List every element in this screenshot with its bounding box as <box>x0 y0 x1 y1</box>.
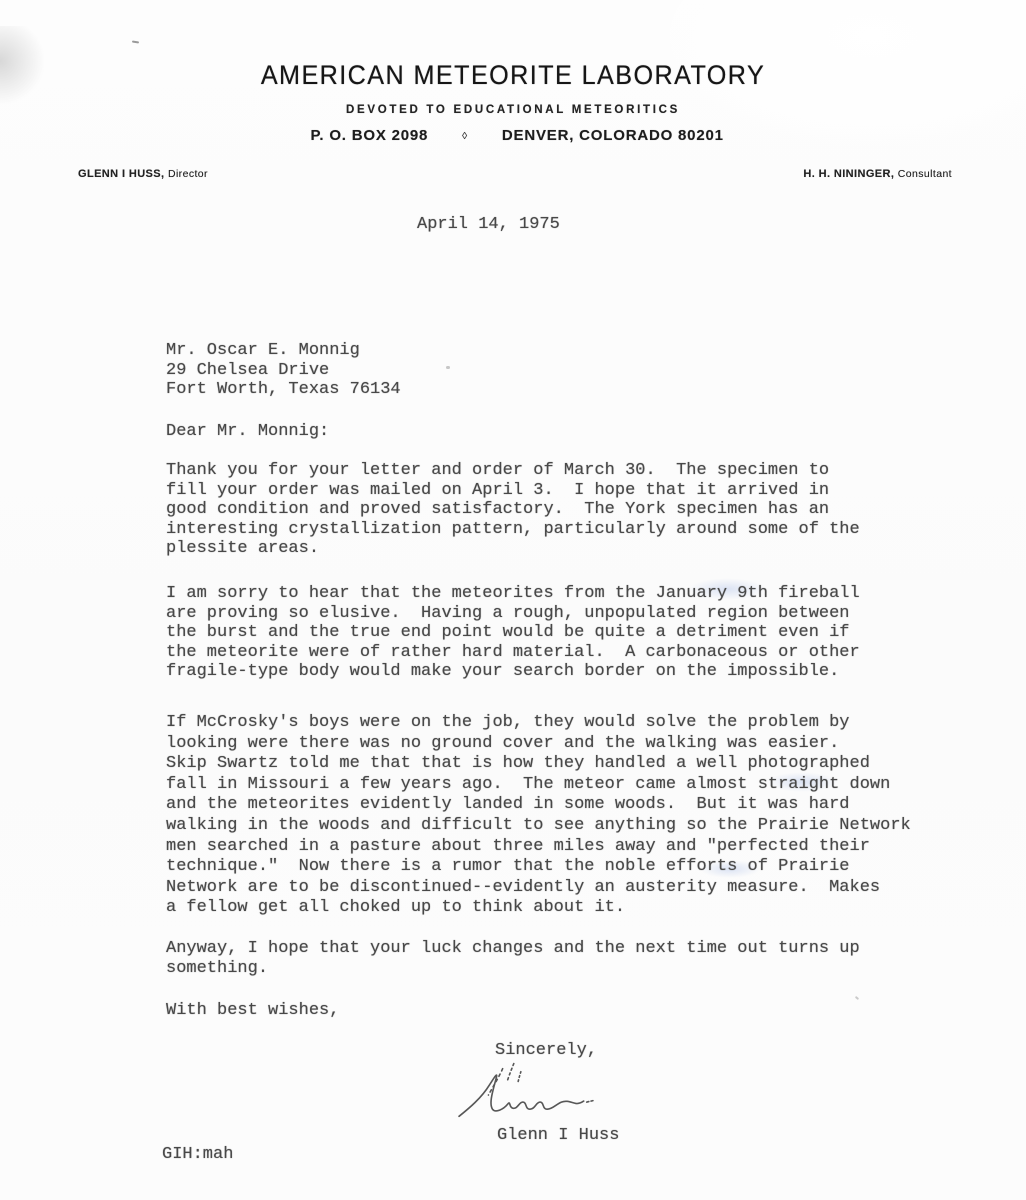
scan-speck <box>132 41 139 44</box>
paragraph-4: Anyway, I hope that your luck changes an… <box>166 939 860 978</box>
salutation: Dear Mr. Monnig: <box>166 422 329 442</box>
officer-director: GLENN I HUSS, Director <box>78 168 208 180</box>
letterhead-tagline: DEVOTED TO EDUCATIONAL METEORITICS <box>346 104 680 116</box>
paragraph-2: I am sorry to hear that the meteorites f… <box>166 584 860 682</box>
scanned-letter-page: AMERICAN METEORITE LABORATORY DEVOTED TO… <box>0 0 1026 1200</box>
city-line: DENVER, COLORADO 80201 <box>502 127 724 144</box>
consultant-title: Consultant <box>898 168 952 180</box>
scan-speck <box>855 996 859 1000</box>
reference-initials: GIH:mah <box>162 1145 233 1165</box>
signed-name: Glenn I Huss <box>497 1126 619 1146</box>
scan-speck <box>446 366 450 369</box>
diamond-icon: ◊ <box>462 131 468 142</box>
director-name: GLENN I HUSS, <box>78 168 165 180</box>
letterhead-address-line: P. O. BOX 2098 ◊ DENVER, COLORADO 80201 <box>311 127 724 144</box>
paragraph-1: Thank you for your letter and order of M… <box>166 461 860 559</box>
valediction: With best wishes, <box>166 1001 339 1021</box>
consultant-name: H. H. NININGER, <box>803 168 894 180</box>
director-title: Director <box>168 168 208 180</box>
scan-corner-smudge <box>0 26 44 104</box>
recipient-address: Mr. Oscar E. Monnig 29 Chelsea Drive For… <box>166 341 401 400</box>
date-line: April 14, 1975 <box>417 215 560 235</box>
officer-consultant: H. H. NININGER, Consultant <box>803 168 952 180</box>
po-box: P. O. BOX 2098 <box>311 127 429 144</box>
letterhead-title: AMERICAN METEORITE LABORATORY <box>261 60 765 91</box>
signature-scribble <box>455 1056 607 1130</box>
paragraph-3: If McCrosky's boys were on the job, they… <box>166 713 911 919</box>
